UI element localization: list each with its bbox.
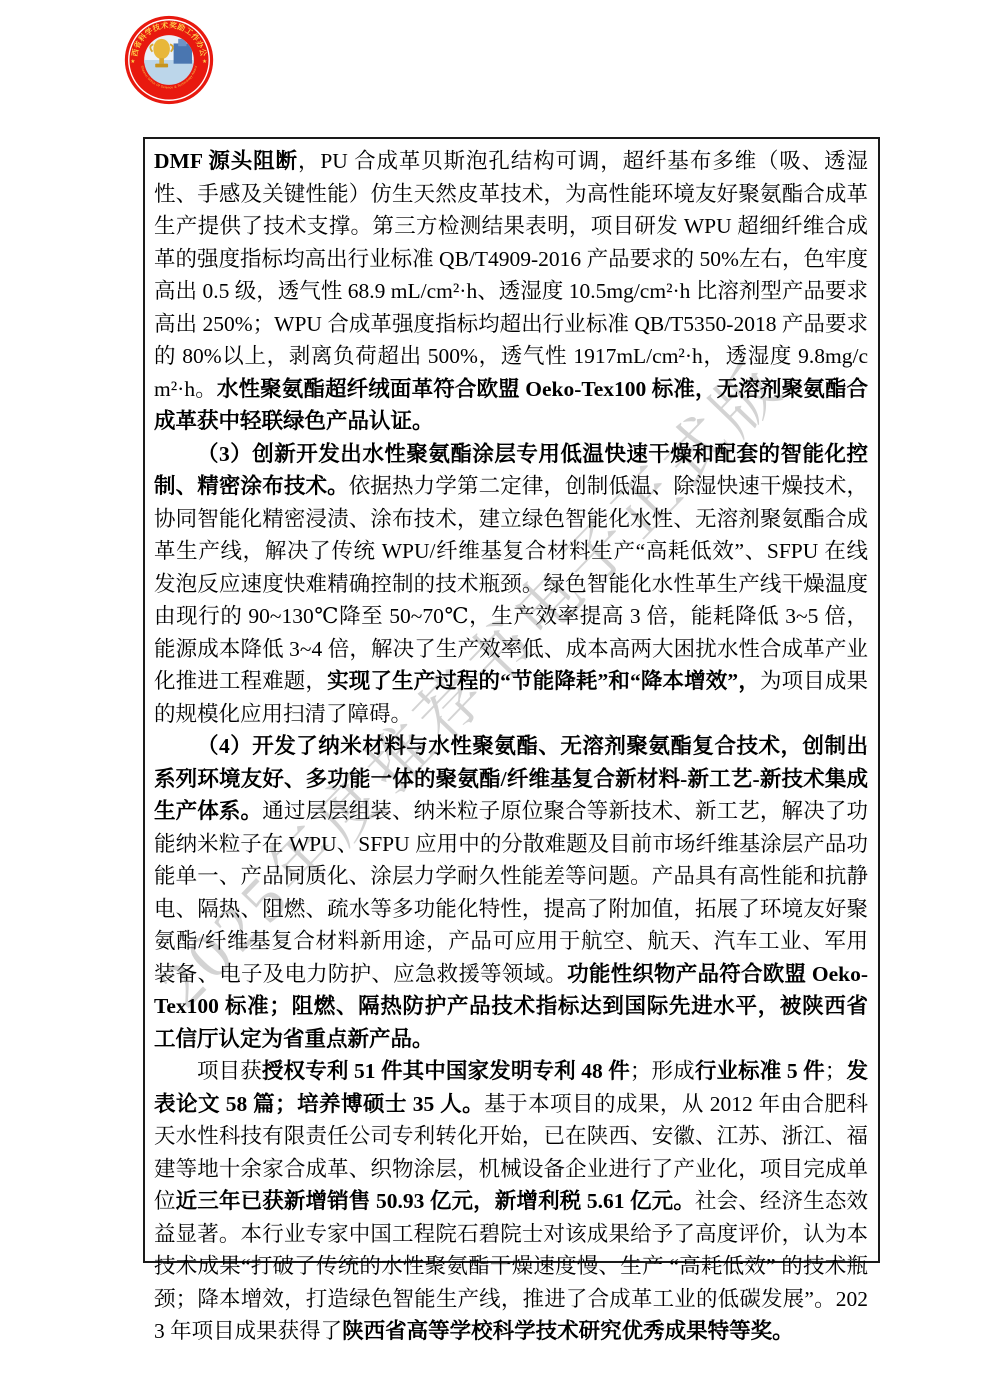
- bold-text-run: 授权专利 51 件其中国家发明专利 48 件: [262, 1059, 630, 1083]
- award-office-seal-logo: 陕西省科学技术奖励工作办公室 Shaanxi Office Of Science…: [123, 14, 215, 106]
- text-run: 通过层层组装、纳米粒子原位聚合等新技术、新工艺，解决了功能纳米粒子在 WPU、S…: [154, 799, 868, 986]
- bold-text-run: 近三年已获新增销售 50.93 亿元，新增利税 5.61 亿元。: [176, 1189, 695, 1213]
- text-run: 项目获: [197, 1059, 262, 1083]
- text-run: ；: [825, 1059, 847, 1083]
- text-run: 依据热力学第二定律，创制低温、除湿快速干燥技术，协同智能化精密浸渍、涂布技术，建…: [154, 474, 868, 693]
- document-body-text: DMF 源头阻断，PU 合成革贝斯泡孔结构可调，超纤基布多维（吸、透湿性、手感及…: [154, 145, 868, 1348]
- bold-text-run: 水性聚氨酯超纤绒面革符合欧盟 Oeko-Tex100 标准，无溶剂聚氨酯合成革获…: [154, 377, 868, 434]
- bold-text-run: 行业标准 5 件: [695, 1059, 825, 1083]
- bold-text-run: DMF 源头阻断: [154, 149, 298, 173]
- bold-text-run: 实现了生产过程的“节能降耗”和“降本增效”，: [327, 669, 760, 693]
- document-page: 陕西省科学技术奖励工作办公室 Shaanxi Office Of Science…: [0, 0, 990, 1399]
- paragraph: 项目获授权专利 51 件其中国家发明专利 48 件；形成行业标准 5 件；发表论…: [154, 1055, 868, 1348]
- text-run: ；形成: [630, 1059, 695, 1083]
- paragraph: DMF 源头阻断，PU 合成革贝斯泡孔结构可调，超纤基布多维（吸、透湿性、手感及…: [154, 145, 868, 438]
- star-left-icon: ★: [130, 58, 135, 65]
- bold-text-run: 陕西省高等学校科学技术研究优秀成果特等奖。: [342, 1319, 794, 1343]
- text-run: ，PU 合成革贝斯泡孔结构可调，超纤基布多维（吸、透湿性、手感及关键性能）仿生天…: [154, 149, 868, 401]
- building-icon: [174, 43, 192, 63]
- document-body-cell: DMF 源头阻断，PU 合成革贝斯泡孔结构可调，超纤基布多维（吸、透湿性、手感及…: [143, 137, 880, 1263]
- star-right-icon: ★: [202, 58, 207, 65]
- paragraph: （4）开发了纳米材料与水性聚氨酯、无溶剂聚氨酯复合技术，创制出系列环境友好、多功…: [154, 730, 868, 1055]
- paragraph: （3）创新开发出水性聚氨酯涂层专用低温快速干燥和配套的智能化控制、精密涂布技术。…: [154, 438, 868, 731]
